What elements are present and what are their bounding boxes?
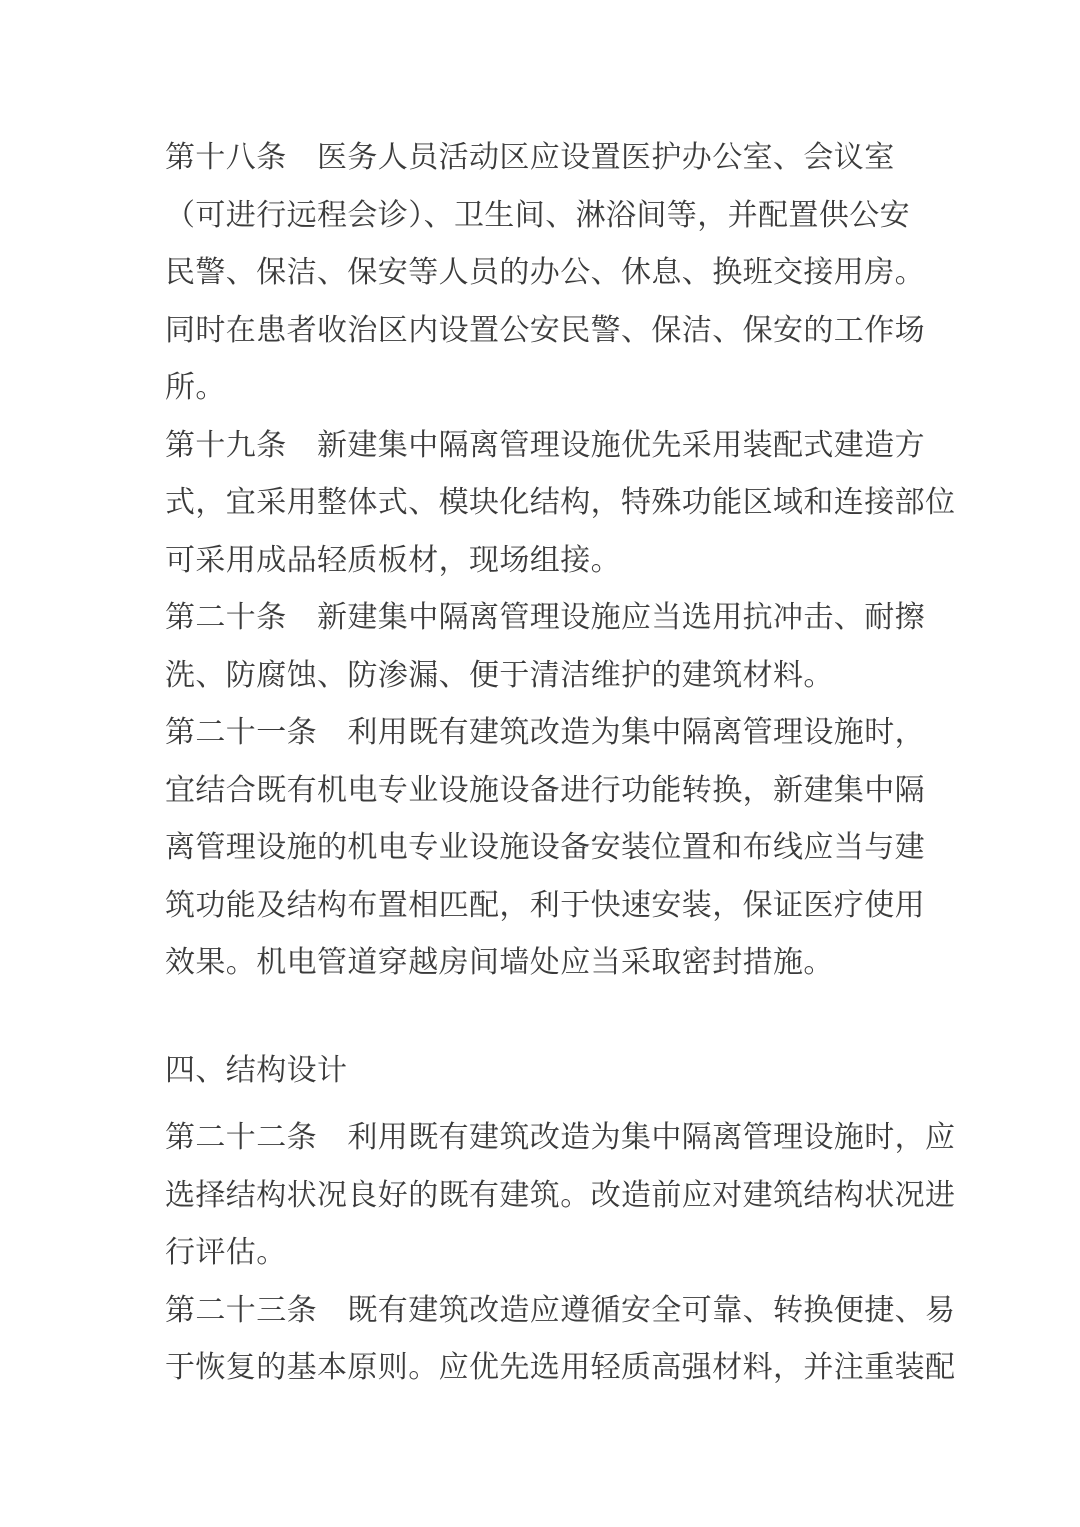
article-22-paragraph: 第二十二条 利用既有建筑改造为集中隔离管理设施时，应 选择结构状况良好的既有建筑… bbox=[165, 1109, 927, 1282]
text-line: 效果。机电管道穿越房间墙处应当采取密封措施。 bbox=[165, 934, 927, 992]
text-line: 筑功能及结构布置相匹配，利于快速安装，保证医疗使用 bbox=[165, 877, 927, 935]
article-18-paragraph: 第十八条 医务人员活动区应设置医护办公室、会议室 （可进行远程会诊）、卫生间、淋… bbox=[165, 129, 927, 417]
text-line: 选择结构状况良好的既有建筑。改造前应对建筑结构状况进 bbox=[165, 1167, 927, 1225]
section-heading-structural-design: 四、结构设计 bbox=[165, 1042, 927, 1100]
text-line: 式，宜采用整体式、模块化结构，特殊功能区域和连接部位 bbox=[165, 474, 927, 532]
text-line: 可采用成品轻质板材，现场组接。 bbox=[165, 532, 927, 590]
article-19-paragraph: 第十九条 新建集中隔离管理设施优先采用装配式建造方 式，宜采用整体式、模块化结构… bbox=[165, 417, 927, 590]
text-line: 洗、防腐蚀、防渗漏、便于清洁维护的建筑材料。 bbox=[165, 647, 927, 705]
text-line: 离管理设施的机电专业设施设备安装位置和布线应当与建 bbox=[165, 819, 927, 877]
article-23-paragraph: 第二十三条 既有建筑改造应遵循安全可靠、转换便捷、易 于恢复的基本原则。应优先选… bbox=[165, 1282, 927, 1397]
text-line: 同时在患者收治区内设置公安民警、保洁、保安的工作场 bbox=[165, 302, 927, 360]
text-line: 第十九条 新建集中隔离管理设施优先采用装配式建造方 bbox=[165, 417, 927, 475]
document-page: { "page": { "background": "#ffffff", "te… bbox=[0, 0, 1080, 1527]
text-line: 行评估。 bbox=[165, 1224, 927, 1282]
article-20-paragraph: 第二十条 新建集中隔离管理设施应当选用抗冲击、耐擦 洗、防腐蚀、防渗漏、便于清洁… bbox=[165, 589, 927, 704]
section-heading-text: 四、结构设计 bbox=[165, 1042, 927, 1100]
text-line: 第二十二条 利用既有建筑改造为集中隔离管理设施时，应 bbox=[165, 1109, 927, 1167]
text-line: 于恢复的基本原则。应优先选用轻质高强材料，并注重装配 bbox=[165, 1339, 927, 1397]
text-line: 宜结合既有机电专业设施设备进行功能转换，新建集中隔 bbox=[165, 762, 927, 820]
text-line: 第二十三条 既有建筑改造应遵循安全可靠、转换便捷、易 bbox=[165, 1282, 927, 1340]
text-line: 所。 bbox=[165, 359, 927, 417]
document-text-body: 第十八条 医务人员活动区应设置医护办公室、会议室 （可进行远程会诊）、卫生间、淋… bbox=[165, 129, 927, 1397]
text-line: 第二十一条 利用既有建筑改造为集中隔离管理设施时， bbox=[165, 704, 927, 762]
text-line: （可进行远程会诊）、卫生间、淋浴间等，并配置供公安 bbox=[165, 187, 927, 245]
text-line: 民警、保洁、保安等人员的办公、休息、换班交接用房。 bbox=[165, 244, 927, 302]
article-21-paragraph: 第二十一条 利用既有建筑改造为集中隔离管理设施时， 宜结合既有机电专业设施设备进… bbox=[165, 704, 927, 992]
text-line: 第十八条 医务人员活动区应设置医护办公室、会议室 bbox=[165, 129, 927, 187]
text-line: 第二十条 新建集中隔离管理设施应当选用抗冲击、耐擦 bbox=[165, 589, 927, 647]
